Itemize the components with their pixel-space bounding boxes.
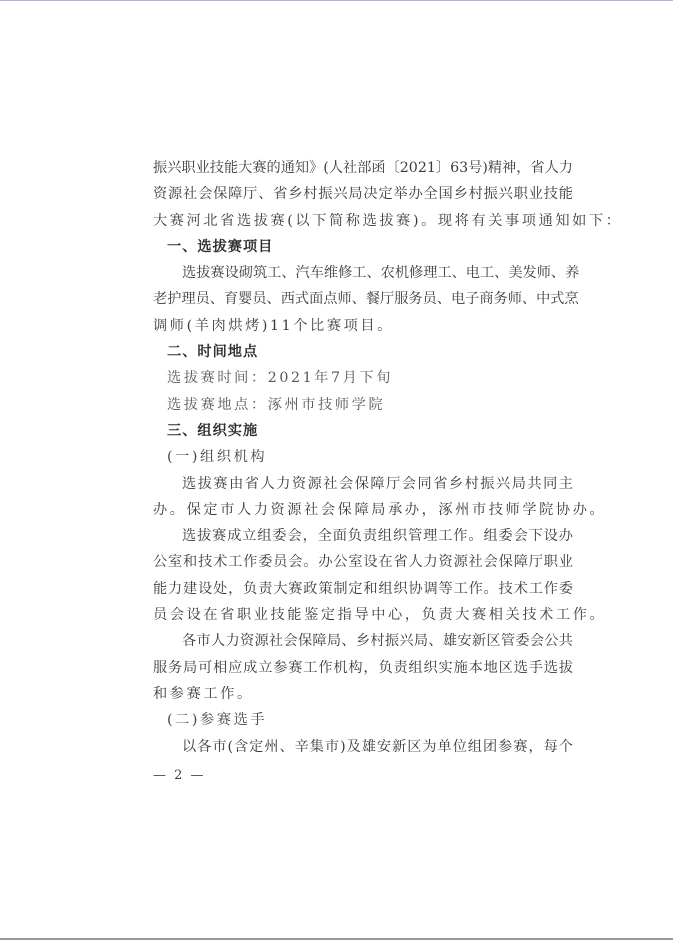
- text-line: 老护理员、育婴员、西式面点师、餐厅服务员、电子商务师、中式烹: [153, 286, 573, 312]
- text-line: 选拔赛设砌筑工、汽车维修工、农机修理工、电工、美发师、养: [153, 260, 573, 286]
- text-line-place: 选拔赛地点：涿州市技师学院: [153, 392, 573, 418]
- text-line: 大赛河北省选拔赛(以下简称选拔赛)。现将有关事项通知如下：: [153, 208, 573, 234]
- text-line: 服务局可相应成立参赛工作机构，负责组织实施本地区选手选拔: [153, 655, 573, 681]
- text-line: 调师(羊肉烘烤)11个比赛项目。: [153, 313, 573, 339]
- text-line: 能力建设处，负责大赛政策制定和组织协调等工作。技术工作委: [153, 576, 573, 602]
- text-line: 各市人力资源社会保障局、乡村振兴局、雄安新区管委会公共: [153, 628, 573, 654]
- scan-top-border: [0, 0, 673, 1]
- text-line: 以各市(含定州、辛集市)及雄安新区为单位组团参赛，每个: [153, 734, 573, 760]
- page-number: — 2 —: [153, 768, 206, 783]
- subheading-participants: (二)参赛选手: [153, 707, 573, 733]
- text-line: 员会设在省职业技能鉴定指导中心，负责大赛相关技术工作。: [153, 602, 573, 628]
- text-line: 和参赛工作。: [153, 681, 573, 707]
- text-line: 资源社会保障厅、省乡村振兴局决定举办全国乡村振兴职业技能: [153, 181, 573, 207]
- text-line: 选拔赛成立组委会，全面负责组织管理工作。组委会下设办: [153, 523, 573, 549]
- section-heading-time-place: 二、时间地点: [153, 339, 573, 365]
- text-line: 振兴职业技能大赛的通知》(人社部函〔2021〕63号)精神，省人力: [153, 155, 573, 181]
- text-line: 选拔赛由省人力资源社会保障厅会同省乡村振兴局共同主: [153, 471, 573, 497]
- section-heading-projects: 一、选拔赛项目: [153, 234, 573, 260]
- section-heading-organization: 三、组织实施: [153, 418, 573, 444]
- subheading-org-structure: (一)组织机构: [153, 444, 573, 470]
- text-line: 公室和技术工作委员会。办公室设在省人力资源社会保障厅职业: [153, 549, 573, 575]
- text-line-time: 选拔赛时间：2021年7月下旬: [153, 365, 573, 391]
- text-line: 办。保定市人力资源社会保障局承办，涿州市技师学院协办。: [153, 497, 573, 523]
- document-body: 振兴职业技能大赛的通知》(人社部函〔2021〕63号)精神，省人力 资源社会保障…: [153, 155, 573, 760]
